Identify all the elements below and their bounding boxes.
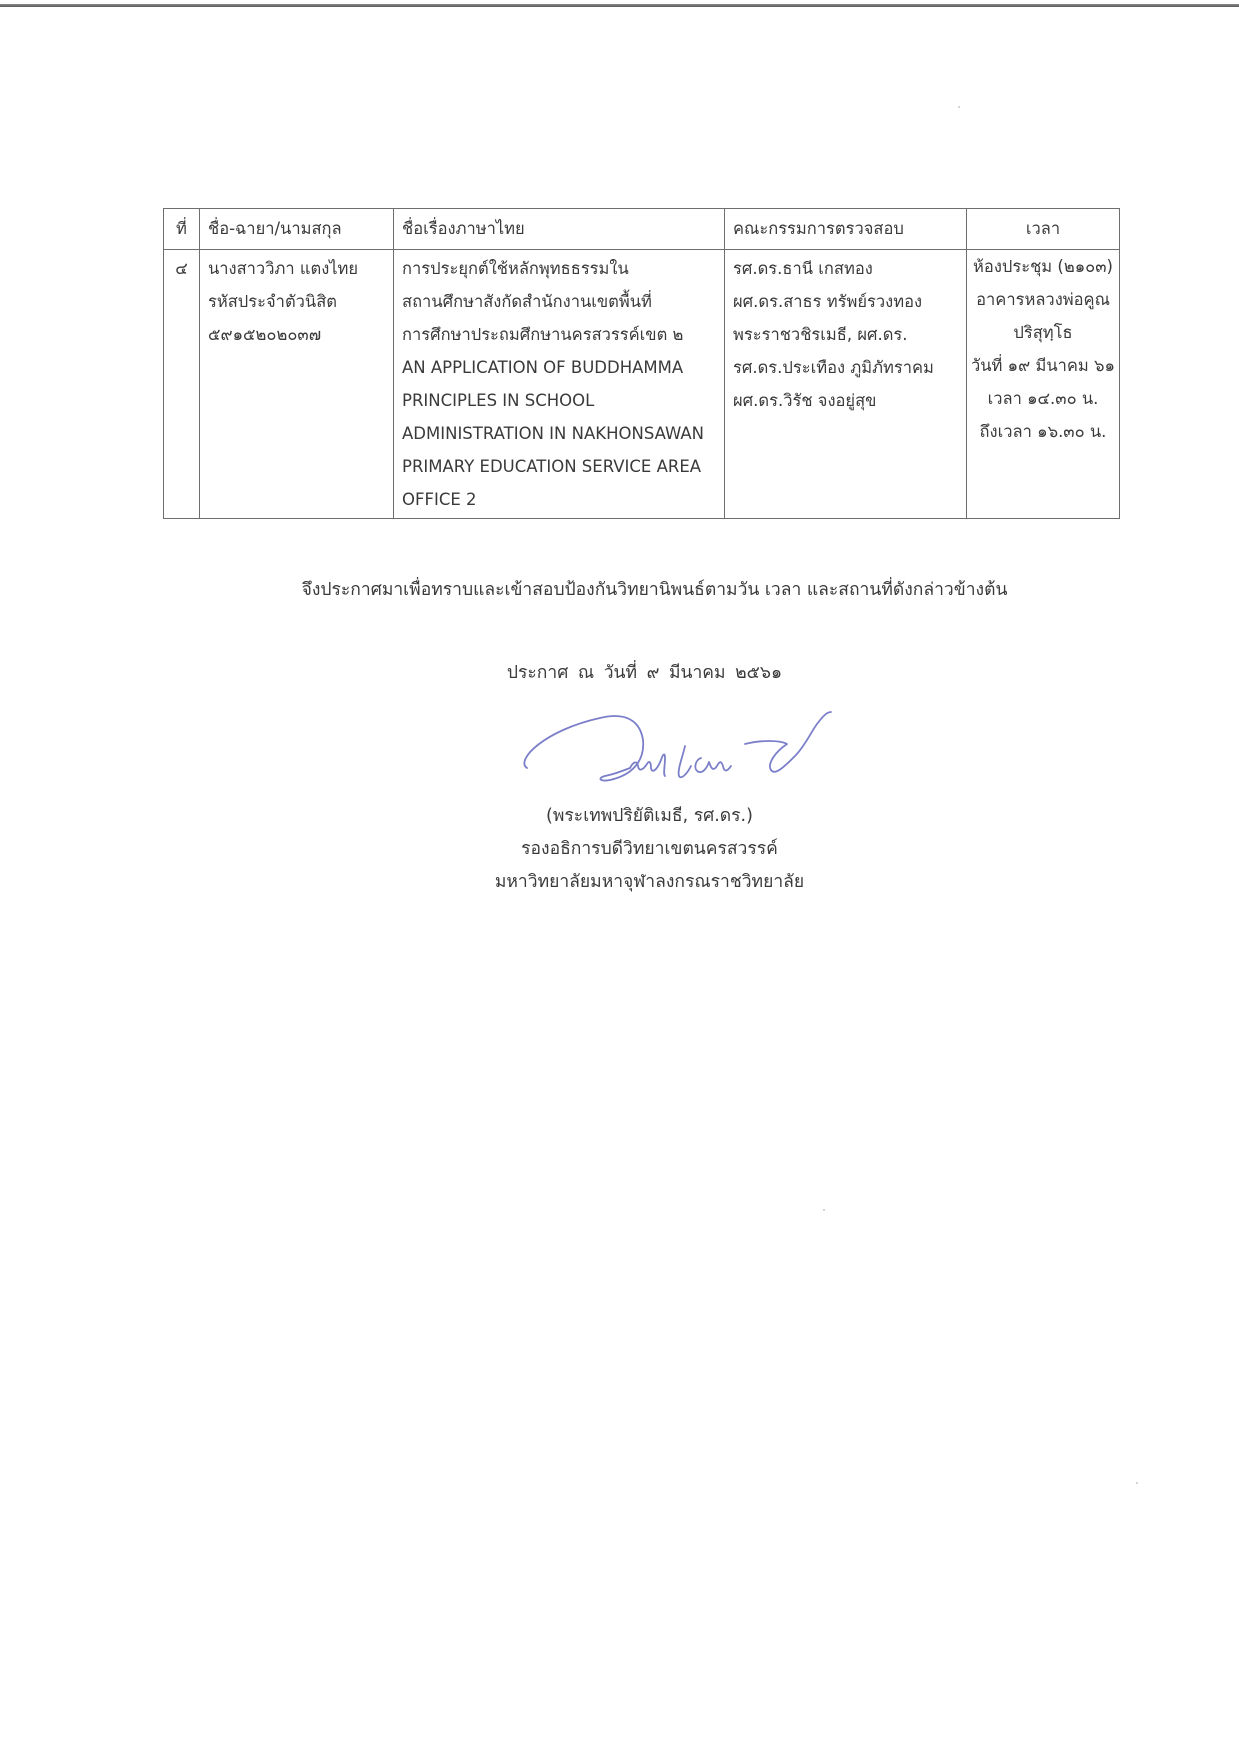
header-committee: คณะกรรมการตรวจสอบ: [725, 209, 967, 250]
time-line: ถึงเวลา ๑๖.๓๐ น.: [963, 415, 1123, 448]
student-name: นางสาววิภา แตงไทย: [208, 252, 385, 285]
time-line: อาคารหลวงพ่อคูณ: [963, 283, 1123, 316]
closing-statement: จึงประกาศมาเพื่อทราบและเข้าสอบป้องกันวิท…: [0, 575, 1239, 603]
header-time: เวลา: [967, 209, 1120, 250]
student-id-label: รหัสประจำตัวนิสิต: [208, 285, 385, 318]
title-line: AN APPLICATION OF BUDDHAMMA: [402, 351, 716, 384]
title-line: PRINCIPLES IN SCHOOL: [402, 384, 716, 417]
table-header-row: ที่ ชื่อ-ฉายา/นามสกุล ชื่อเรื่องภาษาไทย …: [164, 209, 1120, 250]
table-row: ๔ นางสาววิภา แตงไทย รหัสประจำตัวนิสิต ๕๙…: [164, 250, 1120, 519]
title-line: OFFICE 2: [402, 483, 716, 516]
top-rule: [0, 4, 1239, 7]
time-line: เวลา ๑๔.๓๐ น.: [963, 382, 1123, 415]
signer-position: รองอธิการบดีวิทยาเขตนครสวรรค์: [60, 833, 1239, 866]
row-committee: รศ.ดร.ธานี เกสทอง ผศ.ดร.สาธร ทรัพย์รวงทอ…: [725, 250, 967, 519]
signer-organization: มหาวิทยาลัยมหาจุฬาลงกรณราชวิทยาลัย: [60, 866, 1239, 899]
scan-speck: [1136, 1482, 1138, 1484]
row-time: ห้องประชุม (๒๑๐๓) อาคารหลวงพ่อคูณ ปริสุท…: [967, 250, 1120, 519]
committee-member: ผศ.ดร.สาธร ทรัพย์รวงทอง: [733, 285, 958, 318]
signer-name: (พระเทพปริยัติเมธี, รศ.ดร.): [60, 800, 1239, 833]
scan-speck: [823, 1209, 825, 1211]
time-line: ปริสุทฺโธ: [963, 316, 1123, 349]
row-title: การประยุกต์ใช้หลักพุทธธรรมใน สถานศึกษาสั…: [394, 250, 725, 519]
committee-member: พระราชวชิรเมธี, ผศ.ดร.: [733, 318, 958, 351]
time-line: ห้องประชุม (๒๑๐๓): [963, 250, 1123, 283]
committee-member: ผศ.ดร.วิรัช จงอยู่สุข: [733, 384, 958, 417]
header-thai-title: ชื่อเรื่องภาษาไทย: [394, 209, 725, 250]
header-student-name: ชื่อ-ฉายา/นามสกุล: [200, 209, 394, 250]
title-line: สถานศึกษาสังกัดสำนักงานเขตพื้นที่: [402, 285, 716, 318]
title-line: การประยุกต์ใช้หลักพุทธธรรมใน: [402, 252, 716, 285]
announcement-date: ประกาศ ณ วันที่ ๙ มีนาคม ๒๕๖๑: [0, 658, 1239, 686]
signature-icon: [505, 700, 835, 800]
title-line: PRIMARY EDUCATION SERVICE AREA: [402, 450, 716, 483]
defense-schedule-table: ที่ ชื่อ-ฉายา/นามสกุล ชื่อเรื่องภาษาไทย …: [163, 208, 1120, 519]
title-line: การศึกษาประถมศึกษานครสวรรค์เขต ๒: [402, 318, 716, 351]
header-no: ที่: [164, 209, 200, 250]
time-line: วันที่ ๑๙ มีนาคม ๖๑: [963, 349, 1123, 382]
signer-block: (พระเทพปริยัติเมธี, รศ.ดร.) รองอธิการบดี…: [0, 800, 1239, 899]
committee-member: รศ.ดร.ประเทือง ภูมิภัทราคม: [733, 351, 958, 384]
student-id: ๕๙๑๕๒๐๒๐๓๗: [208, 318, 385, 351]
scan-speck: [958, 106, 960, 108]
row-student: นางสาววิภา แตงไทย รหัสประจำตัวนิสิต ๕๙๑๕…: [200, 250, 394, 519]
title-line: ADMINISTRATION IN NAKHONSAWAN: [402, 417, 716, 450]
row-no: ๔: [164, 250, 200, 519]
committee-member: รศ.ดร.ธานี เกสทอง: [733, 252, 958, 285]
